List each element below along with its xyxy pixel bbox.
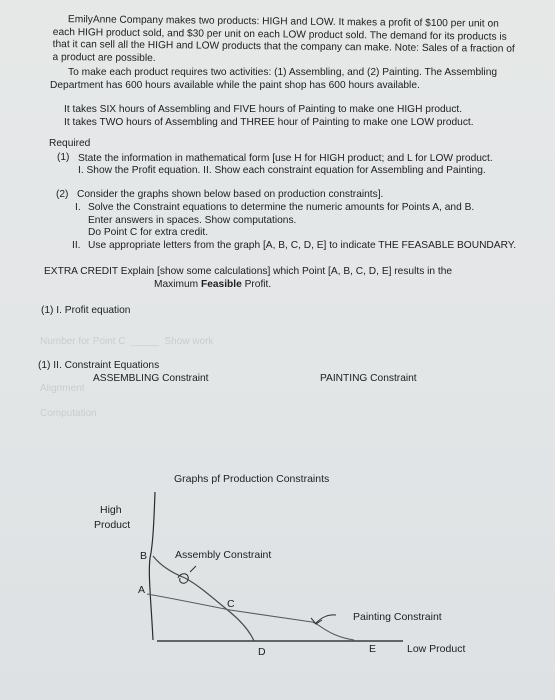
point-a-label: A [138, 584, 145, 596]
painting-constraint-graph-label: Painting Constraint [353, 611, 442, 623]
y-axis [149, 492, 155, 640]
assembly-constraint-label: Assembly Constraint [175, 549, 271, 561]
point-b-label: B [140, 550, 147, 562]
arrow-icon [190, 566, 196, 572]
painting-constraint-line [147, 594, 354, 640]
point-c-label: C [227, 598, 235, 610]
x-axis-label: Low Product [407, 643, 465, 655]
production-constraints-graph [0, 0, 555, 700]
point-e-label: E [369, 643, 376, 655]
worksheet-page: Number for Point C _____ Show work Align… [0, 0, 555, 700]
assembly-constraint-line [153, 556, 254, 641]
point-d-label: D [258, 646, 266, 658]
